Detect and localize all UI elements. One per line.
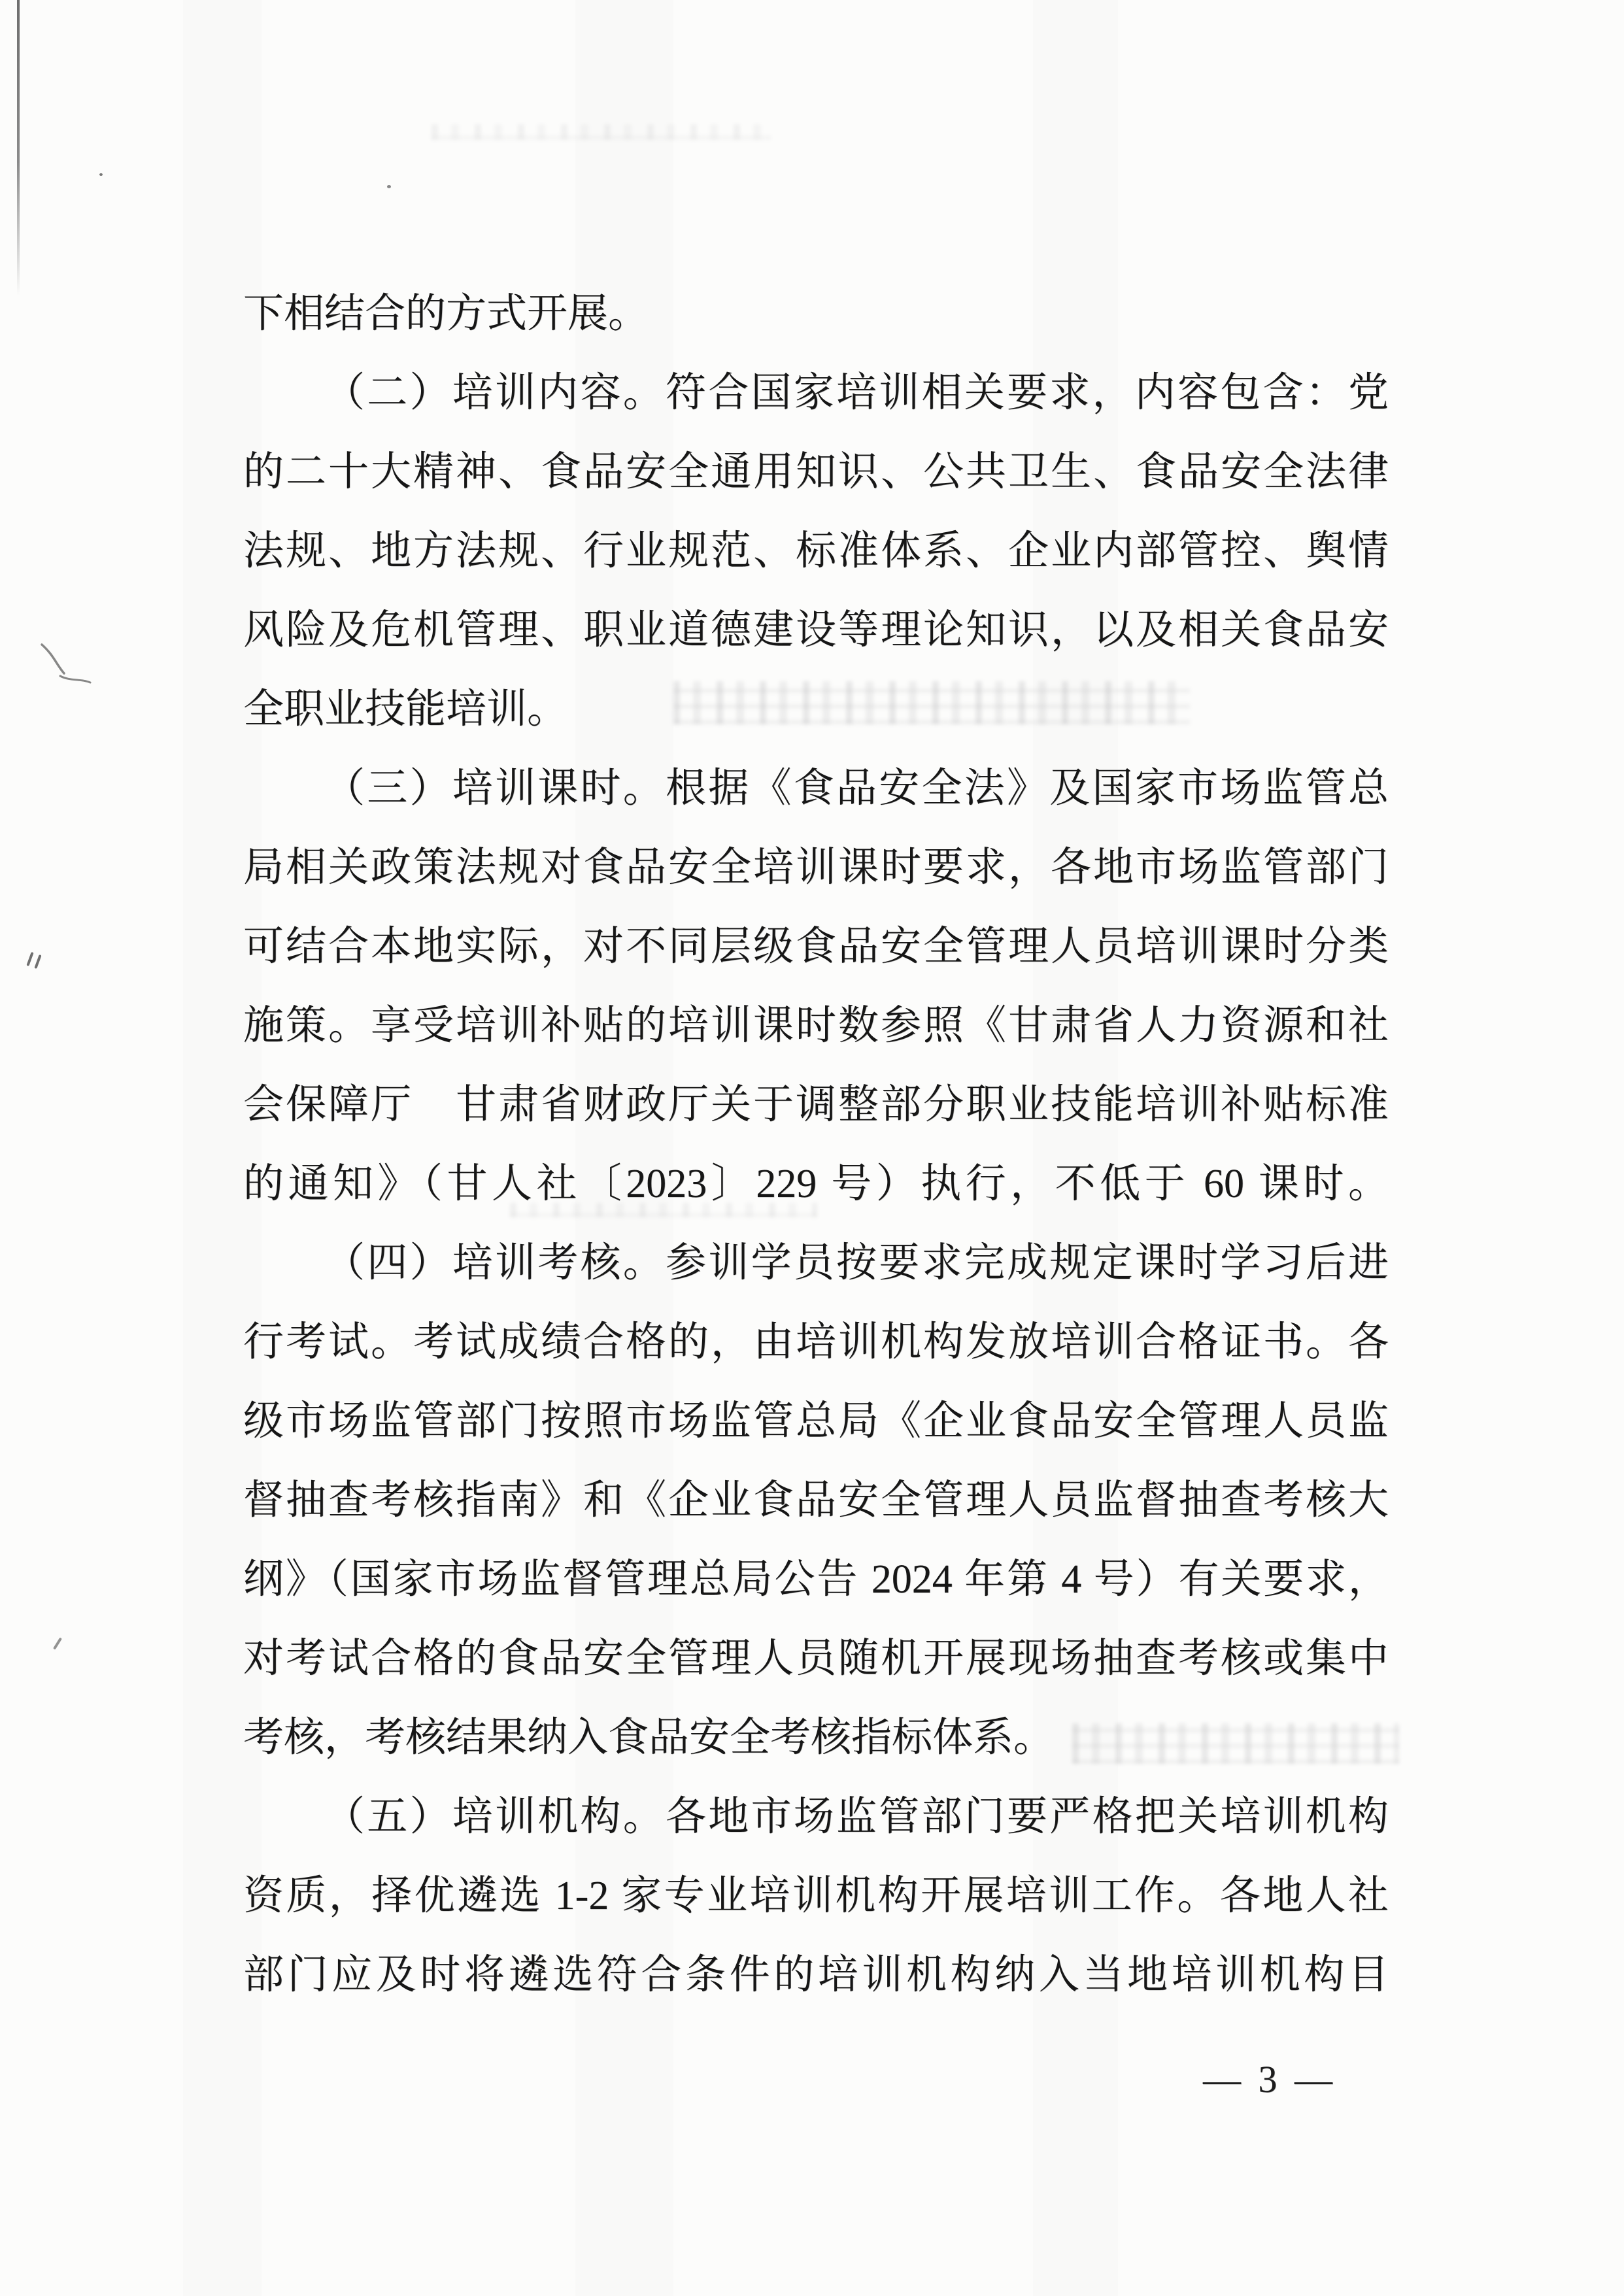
scan-edge-artifact: [17, 0, 20, 295]
speck: [99, 173, 103, 176]
text-line: 施策。享受培训补贴的培训课时数参照《甘肃省人力资源和社: [243, 987, 1389, 1066]
text-line: 考核，考核结果纳入食品安全考核指标体系。: [243, 1698, 1389, 1778]
stray-quote-mark: [29, 952, 48, 974]
text-line: 行考试。考试成绩合格的，由培训机构发放培训合格证书。各: [243, 1303, 1389, 1382]
text-line: 的二十大精神、食品安全通用知识、公共卫生、食品安全法律: [243, 433, 1389, 512]
text-line: 资质，择优遴选 1-2 家专业培训机构开展培训工作。各地人社: [243, 1857, 1389, 1936]
text-line: 可结合本地实际，对不同层级食品安全管理人员培训课时分类: [243, 907, 1389, 987]
stray-tick-mark: [53, 1637, 62, 1649]
text-line: 局相关政策法规对食品安全培训课时要求，各地市场监管部门: [243, 828, 1389, 907]
speck: [387, 185, 391, 188]
text-line: （二）培训内容。符合国家培训相关要求，内容包含：党: [243, 354, 1389, 433]
text-line: 下相结合的方式开展。: [243, 275, 1389, 354]
text-line: 督抽查考核指南》和《企业食品安全管理人员监督抽查考核大: [243, 1461, 1389, 1540]
text-line: 对考试合格的食品安全管理人员随机开展现场抽查考核或集中: [243, 1619, 1389, 1698]
text-line: 纲》（国家市场监督管理总局公告 2024 年第 4 号）有关要求，: [243, 1540, 1389, 1619]
pencil-squiggle: [34, 635, 106, 694]
text-line: （三）培训课时。根据《食品安全法》及国家市场监管总: [243, 749, 1389, 828]
page-number: — 3 —: [1203, 2057, 1336, 2102]
text-line: 风险及危机管理、职业道德建设等理论知识，以及相关食品安: [243, 591, 1389, 670]
text-line: （四）培训考核。参训学员按要求完成规定课时学习后进: [243, 1224, 1389, 1303]
text-line: 级市场监管部门按照市场监管总局《企业食品安全管理人员监: [243, 1382, 1389, 1461]
text-line: 的通知》（甘人社〔2023〕229 号）执行，不低于 60 课时。: [243, 1145, 1389, 1224]
scanned-document-page: 下相结合的方式开展。（二）培训内容。符合国家培训相关要求，内容包含：党的二十大精…: [0, 0, 1624, 2296]
document-body: 下相结合的方式开展。（二）培训内容。符合国家培训相关要求，内容包含：党的二十大精…: [243, 275, 1389, 2015]
text-line: 法规、地方法规、行业规范、标准体系、企业内部管控、舆情: [243, 512, 1389, 591]
text-line: 会保障厅 甘肃省财政厅关于调整部分职业技能培训补贴标准: [243, 1066, 1389, 1145]
text-line: 全职业技能培训。: [243, 670, 1389, 749]
bleedthrough-smudge: [431, 124, 771, 140]
text-line: 部门应及时将遴选符合条件的培训机构纳入当地培训机构目: [243, 1936, 1389, 2015]
text-line: （五）培训机构。各地市场监管部门要严格把关培训机构: [243, 1778, 1389, 1857]
